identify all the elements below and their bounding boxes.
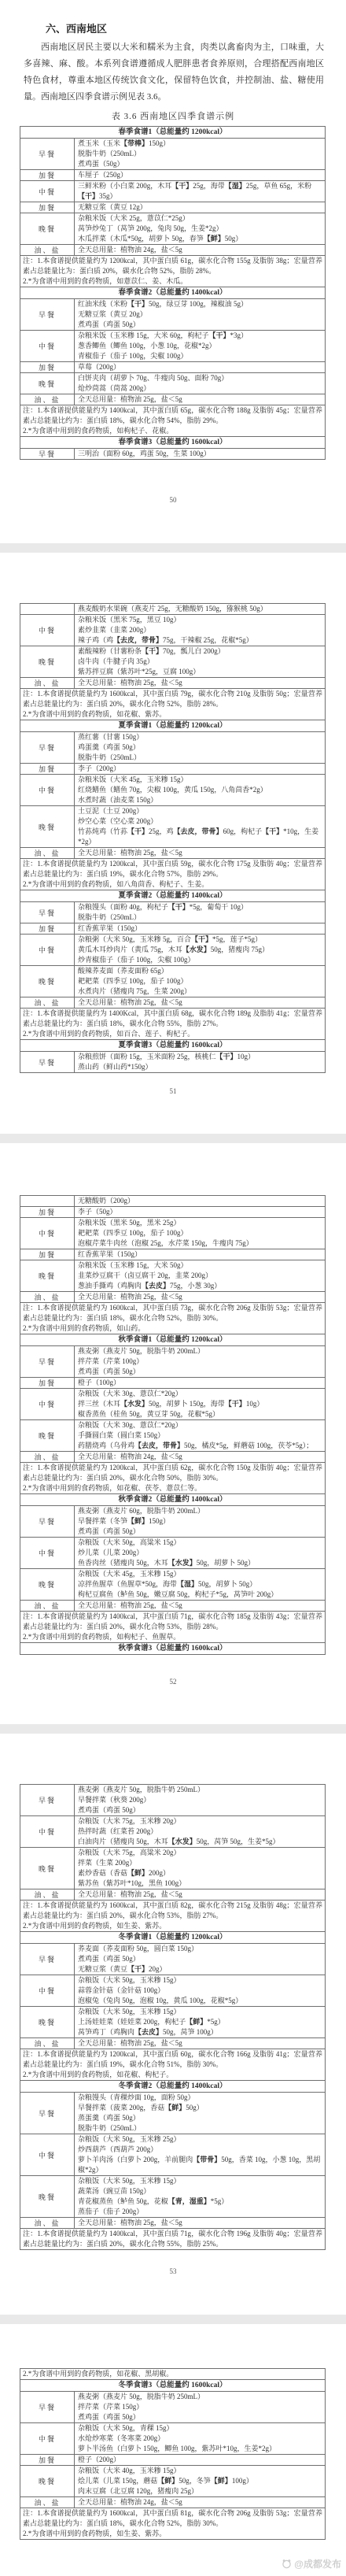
dish-line: 脱脂牛奶（250mL） xyxy=(78,2123,322,2134)
meal-label: 中餐 xyxy=(20,2423,75,2454)
recipe-row: 油、盐全天总用量：植物油 24g，盐＜5g xyxy=(20,244,325,255)
meal-items: 橙子（100g） xyxy=(75,1378,325,1388)
meal-items: 全天总用量：植物油 25g，盐＜5g xyxy=(75,2038,325,2049)
meal-label: 中餐 xyxy=(20,331,75,361)
dish-line: 无糖豆浆（黄豆 12g） xyxy=(78,202,322,213)
meal-items: 酸辣荞麦面（荞麦面粉 65g）耙耙菜（四季豆 100g，茄子 100g）水煮肉片… xyxy=(75,966,325,997)
dish-line: 李子（200g） xyxy=(78,764,322,774)
dish-line: 泡椒兔（兔肉 50g，泡椒 10g，黄瓜 100g，花椒*5g） xyxy=(78,1996,322,2006)
recipe-note: 注：1.本食谱提供能量约为 1400kcal，其中蛋白质 71g，碳水化合物 1… xyxy=(20,2228,325,2249)
recipe-row: 油、盐全天总用量：植物油 25g，盐＜5g xyxy=(20,1600,325,1611)
dish-line: 杂粮饭（大米 75g，高粱米 20g） xyxy=(78,1848,322,1858)
recipe-note: 注：1.本食谱提供能量约为 1600kcal，其中蛋白质 81g，碳水化合物 2… xyxy=(20,2508,325,2539)
note-line: 2.*为食谱中用到的食药物质，如薏苡仁、姜、木瓜。 xyxy=(23,276,322,287)
meal-items: 白饼夹肉（胡萝卜 70g、牛瘦肉 50g、面粉 70g）炝炒茼蒿（茼蒿 200g… xyxy=(75,373,325,394)
dish-line: 蔬菜汤（豌豆苗 150g） xyxy=(78,2186,322,2197)
meal-items: 杂粮米饭（大米 45g，玉米糁 15g）红烧鳝鱼（鳝鱼 70g，尖椒 100g，… xyxy=(75,775,325,805)
note-line: 2.*为食谱中用到的食药物质，如山药。 xyxy=(23,1323,322,1334)
note-line: 2.*为食谱中用到的食药物质，如花椒、茯苓、薏苡仁等。 xyxy=(23,1483,322,1493)
recipe-note: 注：1.本食谱提供能量约为 1200kcal，其中蛋白质 59g，碳水化合物 1… xyxy=(20,858,325,890)
dish-line: 杂粮粥（大米 50g，玉米糁 5g，百合【干】*5g，莲子*5g） xyxy=(78,935,322,945)
meal-items: 杂粮馒头（青稞炒面 10g，面粉 50g）早餐拌菜（菠菜 200g，香菇【鲜】5… xyxy=(75,2093,325,2134)
dish-line: 杂粮米饭（大米 25g，薏苡仁*25g） xyxy=(78,213,322,224)
dish-line: 煮鸡蛋（50g） xyxy=(78,159,322,169)
recipe-row: 中餐杂粮饭（大米 50g，高粱米 15g）炒儿菜（儿菜 200g）鱼香肉丝（猪瘦… xyxy=(20,1537,325,1568)
meal-label: 中餐 xyxy=(20,1218,75,1249)
note-line: 2.*为食谱中用到的食药物质，如花椒、枸杞子。 xyxy=(23,2070,322,2080)
note-line: 2.*为食谱中用到的食药物质，如枸杞子、鱼腥草。 xyxy=(23,1632,322,1642)
recipe-row: 早餐燕麦粥（燕麦片 50g，脱脂牛奶 250mL）拌芹菜（芹菜 150g）煮鸡蛋… xyxy=(20,2391,325,2422)
meal-items: 全天总用量：植物油 25g，盐＜5g xyxy=(75,997,325,1008)
dish-line: 蒸茄子（茄子 200g） xyxy=(78,2207,322,2217)
dish-line: 无糖酸奶（200g） xyxy=(78,1196,322,1206)
meal-items: 李子（50g） xyxy=(75,1207,325,1217)
recipe-row: 加餐车厘子（250g） xyxy=(20,169,325,180)
recipe-section-header: 夏季食谱3（总能量约 1600kcal） xyxy=(20,1039,325,1051)
dish-line: 炒儿菜（儿菜 200g） xyxy=(78,1548,322,1558)
dish-line: 卤牛肉（牛腱子肉 35g） xyxy=(78,657,322,667)
dish-line: 热拌时蔬（红菜苔 200g） xyxy=(78,1827,322,1837)
recipe-note: 注：1.本食谱提供能量约为 1600kcal，其中蛋白质 79g，碳水化合物 2… xyxy=(20,688,325,720)
dish-line: 全天总用量：植物油 25g，盐＜5g xyxy=(78,848,322,858)
recipe-row: 早餐燕麦粥（燕麦片 60g，脱脂牛奶 200mL）早餐拌菜（冬笋【鲜】150g）… xyxy=(20,1505,325,1537)
page-number: 53 xyxy=(0,2267,346,2275)
recipe-row: 早餐燕麦粥（燕麦片 50g，脱脂牛奶 200mL）拌芹菜（芹菜 100g）煮鸡蛋… xyxy=(20,1345,325,1377)
dish-line: 脱脂牛奶（250mL） xyxy=(78,753,322,763)
meal-items: 杂粮米饭（玉米糁 15g，大米 60g，枸杞子【干】*3g）葱香鲫鱼（鲫鱼 10… xyxy=(75,331,325,361)
meal-items: 杂粮饭（大米 30g、薏苡仁*20g）拌三丝（木耳【水发】50g，胡萝卜 150… xyxy=(75,1389,325,1419)
recipe-section-header: 春季食谱2（总能量约 1400kcal） xyxy=(20,287,325,298)
dish-line: 杂粮饭（大米 40g，玉米糁 15g） xyxy=(78,2466,322,2476)
dish-line: 杂粮饭（大米 30g、薏苡仁*20g） xyxy=(78,1389,322,1399)
recipe-row: 晚餐杂粮米饭（玉米糁 15g，大米 50g）韭菜炒豆腐干（卤豆腐干 20g，韭菜… xyxy=(20,1260,325,1291)
dish-line: 全天总用量：植物油 25g，盐＜5g xyxy=(78,2218,322,2228)
dish-line: 水煮时蔬（油麦菜 150g） xyxy=(78,795,322,805)
dish-line: 萝卜半汤鱼（白萝卜 150g，鲫鱼 100g，紫苏叶*10g，生姜*2g） xyxy=(78,2444,322,2454)
recipe-section-header: 秋季食谱3（总能量约 1600kcal） xyxy=(20,1642,325,1654)
meal-items: 全天总用量：植物油 24g，盐＜5g xyxy=(75,2497,325,2508)
dish-line: 青椒茄子（茄子 100g，尖椒 100g） xyxy=(78,351,322,361)
recipe-row: 早餐杂粮煎饼（面粉 15g，玉米面粉 25g，核桃仁【干】10g）蒸山药（鲜山药… xyxy=(20,1051,325,1072)
dish-line: 红烧鳝鱼（鳝鱼 70g，尖椒 100g，黄瓜 150g，八角茴香*2g） xyxy=(78,785,322,795)
meal-label: 加餐 xyxy=(20,202,75,213)
meal-label: 早餐 xyxy=(20,1052,75,1072)
meal-items: 全天总用量：植物油 25g，盐＜5g xyxy=(75,848,325,858)
dish-line: 杂粮饭（大米 50g，玉米糁 15g） xyxy=(78,2007,322,2017)
meal-label: 早餐 xyxy=(20,449,75,459)
dish-line: 木瓜拌菜（木瓜*50g，胡萝卜 50g，春笋【鲜】50g） xyxy=(78,234,322,244)
meal-items: 杂粮煎饼（面粉 15g，玉米面粉 25g，核桃仁【干】10g）蒸山药（鲜山药*1… xyxy=(75,1052,325,1072)
meal-label: 中餐 xyxy=(20,181,75,202)
dish-line: 燕麦粥（燕麦片 50g，脱脂牛奶 200mL） xyxy=(78,1346,322,1356)
meal-items: 无糖酸奶（200g） xyxy=(75,1196,325,1206)
recipe-row: 加餐李子（200g） xyxy=(20,763,325,774)
recipe-note: 注：1.本食谱提供能量约为 1400kcal，其中蛋白质 71g，碳水化合物 1… xyxy=(20,1611,325,1642)
dish-line: 莴笋炒兔丁（莴笋 200g，兔肉 50g，生姜*2g） xyxy=(78,224,322,234)
meal-label: 油、盐 xyxy=(20,245,75,255)
meal-label: 早餐 xyxy=(20,1944,75,1975)
dish-line: 杂粮馒头（青稞炒面 10g，面粉 50g） xyxy=(78,2093,322,2103)
recipe-row: 晚餐杂粮饭（大米 75g，高粱米 20g）拌菜（生菜 200g）素炒香菇（香菇【… xyxy=(20,1847,325,1889)
recipe-row: 早餐蒸红薯（甘薯 150g）鸡蛋羹（鸡蛋 50g）脱脂牛奶（250mL） xyxy=(20,731,325,763)
dish-line: 燕麦粥（燕麦片 50g，脱脂牛奶 250mL） xyxy=(78,2392,322,2402)
dish-line: 杂粮米饭（黑米 75g，黑豆 10g） xyxy=(78,615,322,625)
recipe-table-fragment: 2.*为食谱中用到的食药物质，如花椒、黑胡椒。冬季食谱3（总能量约 1600kc… xyxy=(20,2368,326,2540)
page-number: 51 xyxy=(0,1087,346,1095)
meal-label: 早餐 xyxy=(20,2093,75,2134)
page-segment-53: 早餐燕麦粥（燕麦片 50g，脱脂牛奶 250mL）早餐拌菜（秋葵 200g）煮鸡… xyxy=(0,1734,346,2315)
dish-line: 杂粮饭（大米 50g，青稞 15g） xyxy=(78,2423,322,2434)
recipe-note: 注：1.本食谱提供能量约为 1400kcal，其中蛋白质 65g，碳水化合物 1… xyxy=(20,405,325,436)
recipe-row: 晚餐杂粮饭（大米 30g、薏苡仁*20g）手撕圆白菜（圆白菜 150g）药膳烧鸡… xyxy=(20,1419,325,1451)
dish-line: 全天总用量：植物油 25g，盐＜5g xyxy=(78,1889,322,1900)
meal-items: 杂粮饭（大米 50g，玉米糁 15g）上汤娃娃菜（娃娃菜 200g，枸杞子【鲜】… xyxy=(75,2007,325,2037)
dish-line: 杂粮饭（大米 50g，玉米糁 25g） xyxy=(78,2134,322,2145)
note-line: 注：1.本食谱提供能量约为 1400kcal，其中蛋白质 65g，碳水化合物 1… xyxy=(23,405,322,426)
meal-label: 早餐 xyxy=(20,1346,75,1377)
recipe-row: 油、盐全天总用量：植物油 25g，盐＜5g xyxy=(20,1889,325,1900)
dish-line: 无糖豆浆（黄豆【干】20g） xyxy=(78,1964,322,1975)
page-segment-50: 六、西南地区 西南地区居民主要以大米和糯米为主食，肉类以禽畜肉为主，口味重，大多… xyxy=(0,0,346,543)
dish-line: 素炒香菇（香菇【鲜】200g） xyxy=(78,1868,322,1878)
meal-label: 早餐 xyxy=(20,299,75,330)
recipe-row: 晚餐土豆泥（土豆 200g）炒空心菜（空心菜 200g）竹荪炖鸡（竹荪【干】25… xyxy=(20,805,325,847)
meal-label: 中餐 xyxy=(20,775,75,805)
meal-label: 晚餐 xyxy=(20,1260,75,1291)
recipe-row: 中餐杂粮米饭（黑米 50g，黑米 25g）耙耙菜（四季豆 100g，茄子 100… xyxy=(20,1217,325,1249)
meal-label: 中餐 xyxy=(20,1389,75,1419)
meal-items: 全天总用量：植物油 24g，盐＜5g xyxy=(75,245,325,255)
meal-items: 三明治（面粉 60g，鸡蛋 50g，生菜 100g） xyxy=(75,449,325,459)
meal-items: 燕麦粥（燕麦片 60g，脱脂牛奶 200mL）早餐拌菜（冬笋【鲜】150g）煮鸡… xyxy=(75,1506,325,1537)
meal-label: 加餐 xyxy=(20,1249,75,1260)
dish-line: 杂粮煎饼（面粉 15g，玉米面粉 25g，核桃仁【干】10g） xyxy=(78,1052,322,1062)
dish-line: 紫苏鱼（紫苏叶*10g，黑鱼 100g） xyxy=(78,1878,322,1889)
chengdu-fabu-logo-icon xyxy=(282,2559,292,2569)
meal-items: 荞麦面（荞麦面粉 50g，圆白菜 150g）煮鸡蛋（鸡蛋 50g）无糖豆浆（黄豆… xyxy=(75,1944,325,1975)
recipe-row: 中餐杂粮米饭（大米 45g，玉米糁 15g）红烧鳝鱼（鳝鱼 70g，尖椒 100… xyxy=(20,774,325,805)
recipe-row: 油、盐全天总用量：植物油 25g，盐＜5g xyxy=(20,394,325,405)
meal-items: 蒸红薯（甘薯 150g）鸡蛋羹（鸡蛋 50g）脱脂牛奶（250mL） xyxy=(75,732,325,763)
dish-line: 枸杞豆腐鱼（鲈鱼 50g，嫩豆腐 50g，枸杞子*5g，莴笋叶 200g） xyxy=(78,1590,322,1600)
meal-label: 加餐 xyxy=(20,1378,75,1388)
meal-items: 杂粮饭（大米 50g，青稞 15g）水炝炒寒菜（冬寒菜 200g）萝卜半汤鱼（白… xyxy=(75,2423,325,2454)
dish-line: 早餐拌菜（秋葵 200g） xyxy=(78,1795,322,1805)
dish-line: 脱脂牛奶（250mL） xyxy=(78,149,322,159)
dish-line: 药膳烧鸡（乌骨鸡【去皮，带骨】50g，橘皮*5g，鲜蘑菇 100g，茯苓*5g）… xyxy=(78,1441,322,1451)
recipe-note: 注：1.本食谱提供能量约为 1200kcal，其中蛋白质 61g，碳水化合物 1… xyxy=(20,255,325,287)
dish-line: 杂粮馒头（面粉 40g，枸杞子【干】*5g，葡萄干 10g） xyxy=(78,902,322,912)
dish-line: 鸡蛋羹（鸡蛋 50g） xyxy=(78,742,322,753)
meal-items: 煮玉米（玉米【带棒】150g）脱脂牛奶（250mL）煮鸡蛋（50g） xyxy=(75,139,325,169)
note-line: 2.*为食谱中用到的食药物质，如百合、莲子、枸杞子。 xyxy=(23,1029,322,1039)
note-line: 2.*为食谱中用到的食药物质，如生姜、紫苏。 xyxy=(23,2529,322,2539)
recipe-row: 油、盐全天总用量：植物油 25g，盐＜5g xyxy=(20,847,325,858)
dish-line: 煮鸡蛋（鸡蛋 50g） xyxy=(78,2412,322,2422)
meal-label: 油、盐 xyxy=(20,2497,75,2508)
page-segment-52: 无糖酸奶（200g）加餐李子（50g）中餐杂粮米饭（黑米 50g，黑米 25g）… xyxy=(0,1143,346,1724)
meal-label: 加餐 xyxy=(20,923,75,934)
meal-items: 李子（200g） xyxy=(75,764,325,774)
meal-label: 中餐 xyxy=(20,935,75,965)
recipe-section-header: 冬季食谱2（总能量约 1400kcal） xyxy=(20,2080,325,2092)
dish-line: 韭菜炒豆腐干（卤豆腐干 20g，韭菜 200g） xyxy=(78,1271,322,1281)
meal-items: 无糖豆浆（黄豆 12g） xyxy=(75,202,325,213)
recipe-row: 油、盐全天总用量：植物油 25g，盐＜5g xyxy=(20,1291,325,1302)
meal-items: 全天总用量：植物油 24g，盐＜5g xyxy=(75,1452,325,1462)
section-title: 六、西南地区 xyxy=(46,20,346,35)
page-number: 52 xyxy=(0,1678,346,1686)
meal-items: 杂粮馒头（面粉 40g，枸杞子【干】*5g，葡萄干 10g）脱脂牛奶（250mL… xyxy=(75,902,325,923)
recipe-note: 注：1.本食谱提供能量约为 1600kcal，其中蛋白质 82g，碳水化合物 2… xyxy=(20,1900,325,1931)
dish-line: 燕麦酸奶水果碗（燕麦片 25g，无糖酸奶 150g，猕猴桃 50g） xyxy=(78,604,322,614)
dish-line: 燕麦粥（燕麦片 60g，脱脂牛奶 200mL） xyxy=(78,1506,322,1516)
dish-line: 杂粮饭（大米 30g、薏苡仁*20g） xyxy=(78,1420,322,1430)
dish-line: 肉末豆腐（北豆腐 120g，猪瘦肉 25g） xyxy=(78,2486,322,2496)
note-line: 2.*为食谱中用到的食药物质，如八角茴香、枸杞子、生姜。 xyxy=(23,879,322,890)
meal-label: 油、盐 xyxy=(20,1452,75,1462)
meal-label xyxy=(20,1196,75,1206)
dish-line: 鱼香肉丝（猪瘦肉 50g，木耳【水发】50g，胡萝卜 50g） xyxy=(78,1558,322,1568)
recipe-row: 中餐杂粮饭（大米 50g，玉米糁 25g）炒西葫芦（西葫芦 200g）萝卜羊肉汤… xyxy=(20,2134,325,2175)
dish-line: 全天总用量：植物油 25g，盐＜5g xyxy=(78,1601,322,1611)
page-separator xyxy=(0,1724,346,1734)
recipe-section-header: 夏季食谱2（总能量约 1400kcal） xyxy=(20,890,325,901)
dish-line: 全天总用量：植物油 25g，盐＜5g xyxy=(78,2038,322,2049)
meal-items: 素酸辣粉（甘薯粉条【干】70g，瓢儿白 200g）卤牛肉（牛腱子肉 35g）紫苏… xyxy=(75,646,325,677)
dish-line: 杂粮米饭（玉米糁 15g，大米 60g，枸杞子【干】*3g） xyxy=(78,331,322,341)
recipe-row: 早餐杂粮馒头（青稞炒面 10g，面粉 50g）早餐拌菜（菠菜 200g，香菇【鲜… xyxy=(20,2092,325,2134)
meal-items: 杂粮饭（大米 50g，玉米糁 15g）蒜蓉金针菇（金针菇 100g）泡椒兔（兔肉… xyxy=(75,1975,325,2006)
dish-line: 李子（50g） xyxy=(78,1207,322,1217)
meal-items: 燕麦粥（燕麦片 50g，脱脂牛奶 250mL）拌芹菜（芹菜 150g）煮鸡蛋（鸡… xyxy=(75,2392,325,2422)
meal-label: 油、盐 xyxy=(20,678,75,688)
note-line: 注：1.本食谱提供能量约为 1200kcal，其中蛋白质 62g，碳水化合物 1… xyxy=(23,1463,322,1483)
meal-items: 杂粮饭（大米 50g，玉米糁 15g）蔬菜汤（豌豆苗 150g）青花椒蒸鱼（鲈鱼… xyxy=(75,2176,325,2217)
dish-line: 蒜蓉金针菇（金针菇 100g） xyxy=(78,1986,322,1996)
meal-items: 车厘子（250g） xyxy=(75,170,325,180)
meal-items: 杂粮饭（大米 75g，玉米糁 20g）热拌时蔬（红菜苔 200g）白油肉片（猪瘦… xyxy=(75,1816,325,1847)
recipe-row: 早餐三明治（面粉 60g，鸡蛋 50g，生菜 100g） xyxy=(20,448,325,459)
meal-label: 早餐 xyxy=(20,902,75,923)
dish-line: 白饼夹肉（胡萝卜 70g、牛瘦肉 50g、面粉 70g） xyxy=(78,373,322,383)
dish-line: 蒸山药（鲜山药*150g） xyxy=(78,1062,322,1072)
meal-label: 油、盐 xyxy=(20,2218,75,2228)
recipe-row: 油、盐全天总用量：植物油 25g，盐＜5g xyxy=(20,997,325,1008)
dish-line: 三明治（面粉 60g，鸡蛋 50g，生菜 100g） xyxy=(78,449,322,459)
recipe-row: 无糖酸奶（200g） xyxy=(20,1196,325,1206)
recipe-row: 中餐杂粮饭（大米 50g，青稞 15g）水炝炒寒菜（冬寒菜 200g）萝卜半汤鱼… xyxy=(20,2422,325,2454)
meal-items: 杂粮米饭（黑米 75g，黑豆 10g）素炒韭菜（韭菜 200g）辣子鸡（鸡【去皮… xyxy=(75,615,325,646)
meal-label: 加餐 xyxy=(20,362,75,372)
meal-items: 红油米线（米粉【干】50g，绿豆芽 100g，辣椒油 5g）无糖豆浆（黄豆 20… xyxy=(75,299,325,330)
note-line: 注：1.本食谱提供能量约为 1200kcal，其中蛋白质 59g，碳水化合物 1… xyxy=(23,859,322,879)
dish-line: 三鲜米粉（小白菜 200g，木耳【干】25g，海带【湿】25g，草鱼 65g，米… xyxy=(78,181,322,202)
dish-line: 拌芹菜（芹菜 100g） xyxy=(78,1356,322,1367)
dish-line: 红香蕉苹果（150g） xyxy=(78,1249,322,1260)
recipe-row: 早餐煮玉米（玉米【带棒】150g）脱脂牛奶（250mL）煮鸡蛋（50g） xyxy=(20,138,325,169)
recipe-row: 晚餐杂粮饭（大米 40g，玉米糁 15g）烩儿菜（儿菜 150g，蘑菇【鲜】50… xyxy=(20,2465,325,2496)
meal-items: 全天总用量：植物油 25g，盐＜5g xyxy=(75,1601,325,1611)
recipe-row: 油、盐全天总用量：植物油 24g，盐＜5g xyxy=(20,2496,325,2508)
recipe-row: 中餐杂粮米饭（玉米糁 15g，大米 60g，枸杞子【干】*3g）葱香鲫鱼（鲫鱼 … xyxy=(20,330,325,361)
dish-line: 紫苏拌豆腐（紫苏叶*25g，豆腐 100g） xyxy=(78,667,322,677)
dish-line: 拌三丝（木耳【水发】50g，胡萝卜 150g，海带【干】10g） xyxy=(78,1399,322,1409)
note-line: 注：1.本食谱提供能量约为 1400kcal，其中蛋白质 71g，碳水化合物 1… xyxy=(23,1612,322,1632)
dish-line: 橙子（100g） xyxy=(78,1378,322,1388)
meal-label: 早餐 xyxy=(20,2392,75,2422)
note-line: 注：1.本食谱提供能量约为 1600kcal，其中蛋白质 81g，碳水化合物 2… xyxy=(23,2508,322,2529)
note-line: 2.*为食谱中用到的食药物质，如生姜、紫苏。 xyxy=(23,1921,322,1931)
dish-line: 杂粮饭（大米 75g，玉米糁 20g） xyxy=(78,1816,322,1827)
dish-line: 上汤娃娃菜（娃娃菜 200g，枸杞子【鲜】*5g） xyxy=(78,2017,322,2027)
dish-line: 炒青椒茄子（茄子 100g，尖椒 100g） xyxy=(78,955,322,965)
page-separator xyxy=(0,2315,346,2324)
note-line: 注：1.本食谱提供能量约为 1600kcal，其中蛋白质 82g，碳水化合物 2… xyxy=(23,1901,322,1921)
recipe-row: 加餐李子（50g） xyxy=(20,1206,325,1217)
meal-label: 中餐 xyxy=(20,1816,75,1847)
recipe-row: 早餐荞麦面（荞麦面粉 50g，圆白菜 150g）煮鸡蛋（鸡蛋 50g）无糖豆浆（… xyxy=(20,1943,325,1975)
meal-label xyxy=(20,604,75,614)
dish-line: 青花椒蒸鱼（鲈鱼 50g，花椒【青，湿重】*5g） xyxy=(78,2197,322,2207)
meal-items: 橙子（200g） xyxy=(75,2455,325,2465)
dish-line: 炒西葫芦（西葫芦 200g） xyxy=(78,2145,322,2155)
dish-line: 荞麦面（荞麦面粉 50g，圆白菜 150g） xyxy=(78,1944,322,1954)
meal-items: 杂粮饭（大米 45g，玉米糁 15g）凉拌鱼腥草（鱼腥草*50g，海带【湿】50… xyxy=(75,1569,325,1600)
dish-line: 橙子（200g） xyxy=(78,2455,322,2465)
recipe-row: 油、盐全天总用量：植物油 24g，盐＜5g xyxy=(20,1451,325,1462)
recipe-row: 油、盐全天总用量：植物油 25g，盐＜5g xyxy=(20,677,325,688)
meal-items: 杂粮粥（大米 50g，玉米糁 5g，百合【干】*5g，莲子*5g）黄瓜木耳炒肉片… xyxy=(75,935,325,965)
recipe-row: 早餐燕麦粥（燕麦片 50g，脱脂牛奶 250mL）早餐拌菜（秋葵 200g）煮鸡… xyxy=(20,1785,325,1815)
dish-line: 草莓（200g） xyxy=(78,362,322,372)
intro-paragraph: 西南地区居民主要以大米和糯米为主食，肉类以禽畜肉为主，口味重，大多喜辣、麻、酸。… xyxy=(24,39,324,105)
recipe-note: 注：1.本食谱提供能量约为 1200kcal，其中蛋白质 62g，碳水化合物 1… xyxy=(20,1462,325,1493)
dish-line: 杂粮饭（大米 50g，玉米糁 15g） xyxy=(78,2176,322,2186)
note-line: 2.*为食谱中用到的食药物质，如枸杞子、花椒。 xyxy=(23,426,322,436)
recipe-note: 注：1.本食谱提供能量约为 1600kcal，其中蛋白质 73g，碳水化合物 2… xyxy=(20,1302,325,1334)
dish-line: 全天总用量：植物油 25g，盐＜5g xyxy=(78,997,322,1008)
meal-items: 杂粮米饭（大米 25g，薏苡仁*25g）莴笋炒兔丁（莴笋 200g，兔肉 50g… xyxy=(75,213,325,244)
note-line: 2.*为食谱中用到的食药物质，如花椒、紫苏。 xyxy=(23,709,322,720)
recipe-section-header: 春季食谱1（总能量约 1200kcal） xyxy=(20,127,325,138)
page-separator xyxy=(0,1134,346,1143)
recipe-note: 注：1.本食谱提供能量约为 1400Kcal，其中蛋白质 68g，碳水化合物 1… xyxy=(20,1008,325,1039)
meal-items: 杂粮饭（大米 50g，高粱米 15g）炒儿菜（儿菜 200g）鱼香肉丝（猪瘦肉 … xyxy=(75,1538,325,1568)
dish-line: 燕麦粥（燕麦片 50g，脱脂牛奶 250mL） xyxy=(78,1785,322,1795)
meal-label: 油、盐 xyxy=(20,2038,75,2049)
meal-items: 杂粮饭（大米 75g，高粱米 20g）拌菜（生菜 200g）素炒香菇（香菇【鲜】… xyxy=(75,1848,325,1889)
recipe-row: 中餐三鲜米粉（小白菜 200g，木耳【干】25g，海带【湿】25g，草鱼 65g… xyxy=(20,180,325,202)
meal-items: 杂粮饭（大米 50g，玉米糁 25g）炒西葫芦（西葫芦 200g）萝卜羊肉汤（白… xyxy=(75,2134,325,2175)
meal-items: 全天总用量：植物油 25g，盐＜5g xyxy=(75,2218,325,2228)
meal-items: 红香蕉苹果（150g） xyxy=(75,1249,325,1260)
recipe-row: 早餐杂粮馒头（面粉 40g，枸杞子【干】*5g，葡萄干 10g）脱脂牛奶（250… xyxy=(20,901,325,923)
recipe-row: 晚餐杂粮米饭（大米 25g，薏苡仁*25g）莴笋炒兔丁（莴笋 200g，兔肉 5… xyxy=(20,213,325,244)
meal-label: 晚餐 xyxy=(20,1420,75,1451)
meal-items: 全天总用量：植物油 25g，盐＜5g xyxy=(75,394,325,405)
dish-line: 早餐拌菜（菠菜 200g，香菇【鲜】50g） xyxy=(78,2103,322,2113)
dish-line: 耙耙菜（四季豆 100g，茄子 100g） xyxy=(78,1228,322,1238)
note-line: 2.*为食谱中用到的食药物质，如花椒、黑胡椒。 xyxy=(23,2369,322,2379)
recipe-row: 晚餐白饼夹肉（胡萝卜 70g、牛瘦肉 50g、面粉 70g）炝炒茼蒿（茼蒿 20… xyxy=(20,372,325,394)
recipe-row: 中餐杂粮粥（大米 50g，玉米糁 5g，百合【干】*5g，莲子*5g）黄瓜木耳炒… xyxy=(20,934,325,965)
recipe-row: 加餐无糖豆浆（黄豆 12g） xyxy=(20,202,325,213)
meal-label: 油、盐 xyxy=(20,1601,75,1611)
dish-line: 凉拌鱼腥草（鱼腥草*50g，海带【湿】50g，胡萝卜 50g） xyxy=(78,1579,322,1590)
meal-items: 杂粮饭（大米 40g，玉米糁 15g）烩儿菜（儿菜 150g，蘑菇【鲜】50g，… xyxy=(75,2466,325,2496)
meal-label: 晚餐 xyxy=(20,2007,75,2037)
dish-line: 耙耙菜（四季豆 100g，茄子 100g） xyxy=(78,976,322,986)
page-segment-last: 2.*为食谱中用到的食药物质，如花椒、黑胡椒。冬季食谱3（总能量约 1600kc… xyxy=(0,2324,346,2576)
meal-label: 加餐 xyxy=(20,2455,75,2465)
dish-line: 全天总用量：植物油 25g，盐＜5g xyxy=(78,394,322,405)
dish-line: 蒸红薯（甘薯 150g） xyxy=(78,732,322,742)
recipe-section-header: 夏季食谱1（总能量约 1200kcal） xyxy=(20,720,325,731)
meal-label: 加餐 xyxy=(20,1207,75,1217)
dish-line: 辣子鸡（鸡【去皮，带骨】75g，干辣椒 25g，花椒*5g） xyxy=(78,635,322,646)
meal-label: 油、盐 xyxy=(20,394,75,405)
dish-line: 烩儿菜（儿菜 150g，蘑菇【鲜】50g，冬笋【鲜】100g） xyxy=(78,2476,322,2486)
meal-label: 中餐 xyxy=(20,1975,75,2006)
dish-line: 土豆泥（土豆 200g） xyxy=(78,806,322,816)
recipe-table-fragment: 春季食谱1（总能量约 1200kcal）早餐煮玉米（玉米【带棒】150g）脱脂牛… xyxy=(20,126,326,460)
meal-items: 燕麦酸奶水果碗（燕麦片 25g，无糖酸奶 150g，猕猴桃 50g） xyxy=(75,604,325,614)
note-line: 注：1.本食谱提供能量约为 1400Kcal，其中蛋白质 68g，碳水化合物 1… xyxy=(23,1009,322,1029)
watermark: @成都发布 xyxy=(282,2557,341,2570)
document-canvas: 六、西南地区 西南地区居民主要以大米和糯米为主食，肉类以禽畜肉为主，口味重，大多… xyxy=(0,0,346,2576)
meal-items: 燕麦粥（燕麦片 50g，脱脂牛奶 250mL）早餐拌菜（秋葵 200g）煮鸡蛋（… xyxy=(75,1785,325,1815)
recipe-table-fragment: 燕麦酸奶水果碗（燕麦片 25g，无糖酸奶 150g，猕猴桃 50g）中餐杂粮米饭… xyxy=(20,603,326,1073)
meal-items: 杂粮米饭（玉米糁 15g，大米 50g）韭菜炒豆腐干（卤豆腐干 20g，韭菜 2… xyxy=(75,1260,325,1291)
dish-line: 杂粮米饭（黑米 50g，黑米 25g） xyxy=(78,1218,322,1228)
meal-items: 全天总用量：植物油 25g，盐＜5g xyxy=(75,1292,325,1302)
page-number: 50 xyxy=(0,496,346,504)
recipe-note: 注：1.本食谱提供能量约为 1200kcal，其中蛋白质 60g，碳水化合物 1… xyxy=(20,2049,325,2080)
meal-label: 晚餐 xyxy=(20,1569,75,1600)
note-line: 注：1.本食谱提供能量约为 1400kcal，其中蛋白质 71g，碳水化合物 1… xyxy=(23,2229,322,2249)
meal-label: 晚餐 xyxy=(20,2176,75,2217)
dish-line: 全天总用量：植物油 24g，盐＜5g xyxy=(78,1452,322,1462)
dish-line: 煮鸡蛋（鸡蛋 50g） xyxy=(78,1954,322,1964)
meal-label: 晚餐 xyxy=(20,806,75,847)
meal-label: 中餐 xyxy=(20,615,75,646)
dish-line: 水煮肉片（猪瘦肉 75g，生菜 200g） xyxy=(78,986,322,997)
dish-line: 竹荪炖鸡（竹荪【干】25g，鸡【去皮，带骨】60g，枸杞子【干】*10g，生姜*… xyxy=(78,827,322,847)
recipe-row: 燕麦酸奶水果碗（燕麦片 25g，无糖酸奶 150g，猕猴桃 50g） xyxy=(20,604,325,614)
recipe-row: 加餐草莓（200g） xyxy=(20,361,325,372)
dish-line: 炒空心菜（空心菜 200g） xyxy=(78,816,322,827)
meal-label: 油、盐 xyxy=(20,1292,75,1302)
meal-label: 晚餐 xyxy=(20,2466,75,2496)
meal-label: 早餐 xyxy=(20,139,75,169)
recipe-section-header: 冬季食谱3（总能量约 1600kcal） xyxy=(20,2379,325,2391)
dish-line: 拌芹菜（芹菜 150g） xyxy=(78,2402,322,2412)
meal-label: 中餐 xyxy=(20,1538,75,1568)
recipe-row: 油、盐全天总用量：植物油 25g，盐＜5g xyxy=(20,2037,325,2049)
recipe-table-fragment: 早餐燕麦粥（燕麦片 50g，脱脂牛奶 250mL）早餐拌菜（秋葵 200g）煮鸡… xyxy=(20,1784,326,2250)
recipe-row: 晚餐酸辣荞麦面（荞麦面粉 65g）耙耙菜（四季豆 100g，茄子 100g）水煮… xyxy=(20,965,325,997)
meal-items: 草莓（200g） xyxy=(75,362,325,372)
meal-label: 中餐 xyxy=(20,2134,75,2175)
dish-line: 红油米线（米粉【干】50g，绿豆芽 100g，辣椒油 5g） xyxy=(78,299,322,309)
dish-line: 红香蕉苹果（150g） xyxy=(78,923,322,934)
meal-label: 晚餐 xyxy=(20,373,75,394)
meal-label: 加餐 xyxy=(20,170,75,180)
watermark-text: @成都发布 xyxy=(294,2557,341,2570)
recipe-row: 加餐红香蕉苹果（150g） xyxy=(20,923,325,934)
note-line: 注：1.本食谱提供能量约为 1200kcal，其中蛋白质 60g，碳水化合物 1… xyxy=(23,2049,322,2070)
